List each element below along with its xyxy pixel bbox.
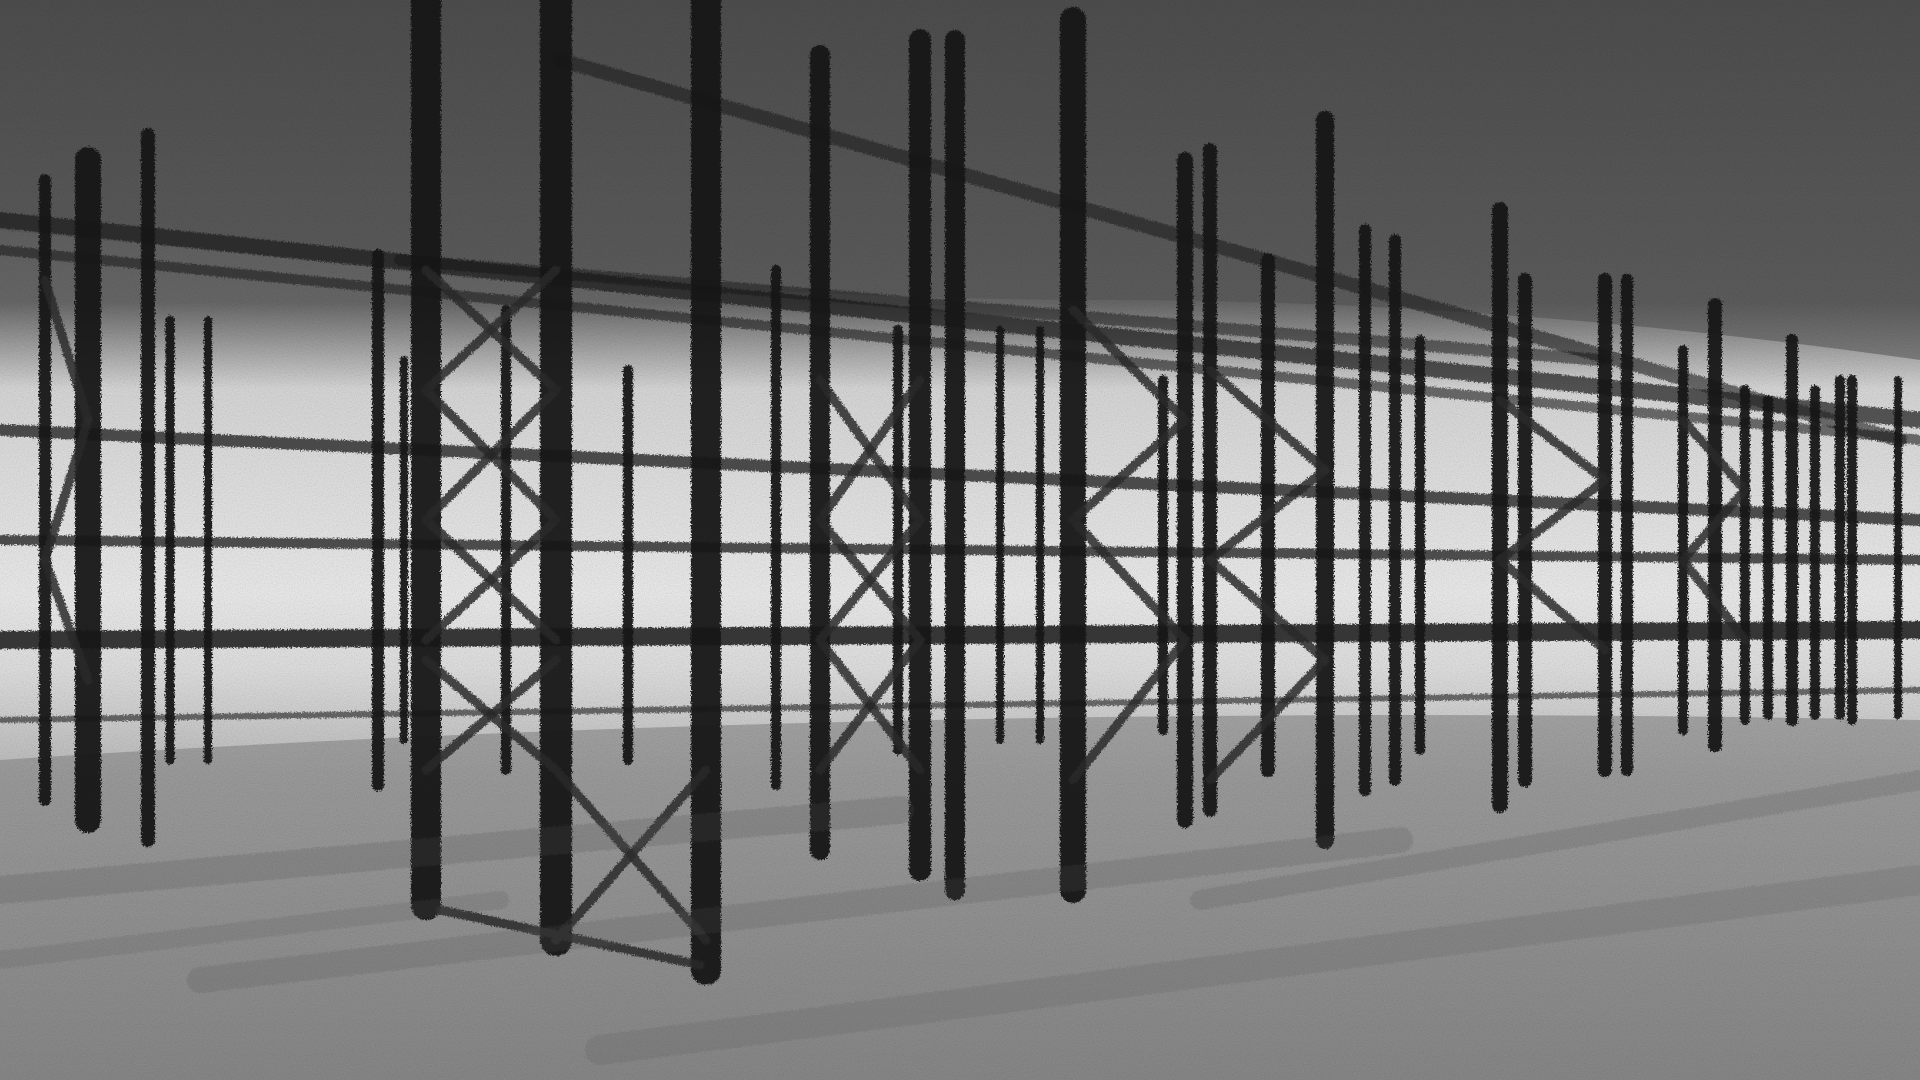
charcoal-warehouse-drawing [0,0,1920,1080]
